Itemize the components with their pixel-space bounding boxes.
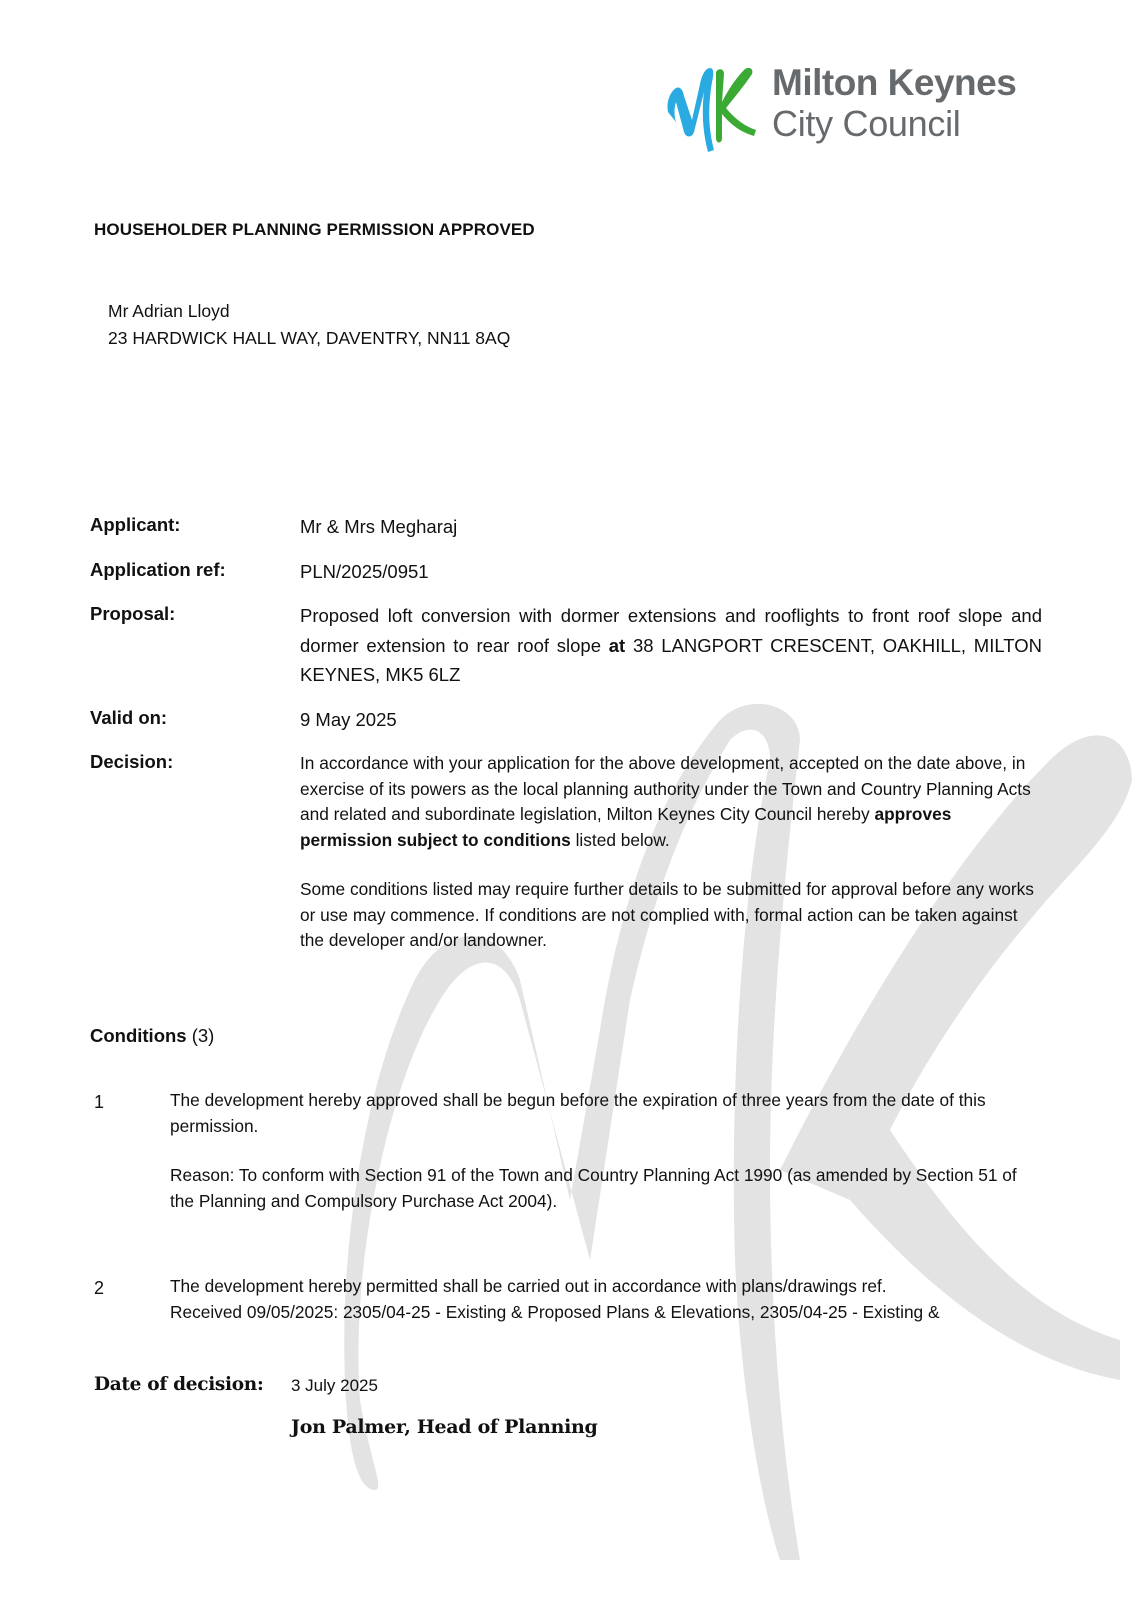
council-name-line1: Milton Keynes: [772, 62, 1016, 104]
condition-text: The development hereby permitted shall b…: [170, 1274, 1040, 1300]
date-of-decision-label: Date of decision:: [94, 1374, 264, 1395]
condition-number: 2: [94, 1276, 104, 1302]
proposal-value: Proposed loft conversion with dormer ext…: [300, 601, 1042, 690]
valid-on-label: Valid on:: [90, 707, 167, 729]
condition-body: The development hereby permitted shall b…: [170, 1274, 1040, 1325]
conditions-heading: Conditions (3): [90, 1025, 214, 1047]
condition-reason: Reason: To conform with Section 91 of th…: [170, 1163, 1040, 1214]
mk-logo-icon: [664, 58, 760, 154]
council-name-line2: City Council: [772, 104, 1016, 144]
council-logo: Milton Keynes City Council: [664, 58, 1054, 154]
signatory: Jon Palmer, Head of Planning: [291, 1416, 598, 1438]
decision-label: Decision:: [90, 751, 173, 773]
application-ref-value: PLN/2025/0951: [300, 557, 1042, 587]
document-page: Milton Keynes City Council HOUSEHOLDER P…: [0, 0, 1132, 1600]
decision-paragraph-2: Some conditions listed may require furth…: [300, 877, 1042, 954]
recipient-block: Mr Adrian Lloyd 23 HARDWICK HALL WAY, DA…: [108, 298, 510, 352]
condition-number: 1: [94, 1090, 104, 1116]
applicant-value: Mr & Mrs Megharaj: [300, 512, 1042, 542]
decision-value: In accordance with your application for …: [300, 751, 1042, 978]
recipient-name: Mr Adrian Lloyd: [108, 298, 510, 325]
decision-text-end: listed below.: [571, 830, 670, 850]
conditions-count: (3): [192, 1025, 215, 1046]
conditions-heading-text: Conditions: [90, 1025, 187, 1046]
date-of-decision-value: 3 July 2025: [291, 1376, 378, 1396]
condition-text: The development hereby approved shall be…: [170, 1088, 1040, 1139]
decision-paragraph-1: In accordance with your application for …: [300, 751, 1042, 853]
valid-on-value: 9 May 2025: [300, 705, 1042, 735]
application-ref-label: Application ref:: [90, 559, 226, 581]
condition-body: The development hereby approved shall be…: [170, 1088, 1040, 1238]
recipient-address: 23 HARDWICK HALL WAY, DAVENTRY, NN11 8AQ: [108, 325, 510, 352]
document-title: HOUSEHOLDER PLANNING PERMISSION APPROVED: [94, 220, 535, 240]
proposal-label: Proposal:: [90, 603, 175, 625]
condition-text-continued: Received 09/05/2025: 2305/04-25 - Existi…: [170, 1300, 1040, 1326]
applicant-label: Applicant:: [90, 514, 180, 536]
proposal-at: at: [609, 635, 625, 656]
